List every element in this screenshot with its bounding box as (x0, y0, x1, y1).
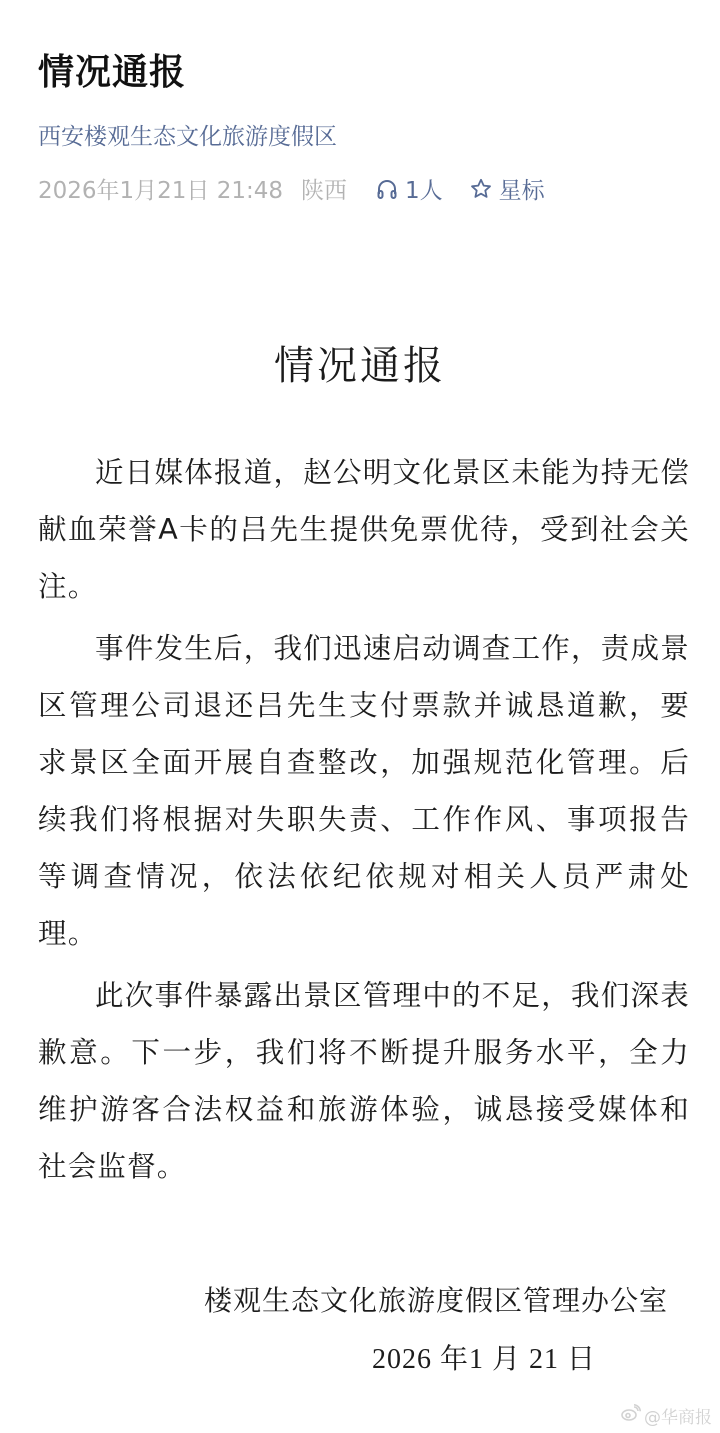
headphones-icon (375, 177, 405, 201)
publisher-account-link[interactable]: 西安楼观生态文化旅游度假区 (38, 118, 337, 151)
star-button[interactable]: 星标 (469, 172, 545, 205)
document-body: 近日媒体报道，赵公明文化景区未能为持无偿献血荣誉A卡的吕先生提供免票优待，受到社… (38, 444, 690, 1200)
publish-region: 陕西 (301, 172, 347, 205)
listen-button[interactable]: 1人 (375, 172, 443, 205)
document-title: 情况通报 (0, 334, 720, 391)
paragraph: 近日媒体报道，赵公明文化景区未能为持无偿献血荣誉A卡的吕先生提供免票优待，受到社… (38, 444, 690, 615)
watermark: @华商报 (621, 1403, 712, 1428)
star-label: 星标 (499, 172, 545, 205)
article-title: 情况通报 (38, 44, 186, 95)
listen-count: 1人 (405, 172, 443, 205)
publish-date: 2026年1月21日 21:48 (38, 172, 283, 205)
paragraph: 事件发生后，我们迅速启动调查工作，责成景区管理公司退还吕先生支付票款并诚恳道歉，… (38, 620, 690, 962)
paragraph: 此次事件暴露出景区管理中的不足，我们深表歉意。下一步，我们将不断提升服务水平，全… (38, 967, 690, 1195)
watermark-text: @华商报 (644, 1403, 712, 1428)
signature-organization: 楼观生态文化旅游度假区管理办公室 (204, 1279, 668, 1319)
article-meta: 2026年1月21日 21:48 陕西 1人 星标 (38, 172, 545, 205)
signature-date: 2026 年1 月 21 日 (372, 1337, 596, 1377)
weibo-icon (621, 1404, 644, 1427)
star-outline-icon (469, 177, 499, 201)
